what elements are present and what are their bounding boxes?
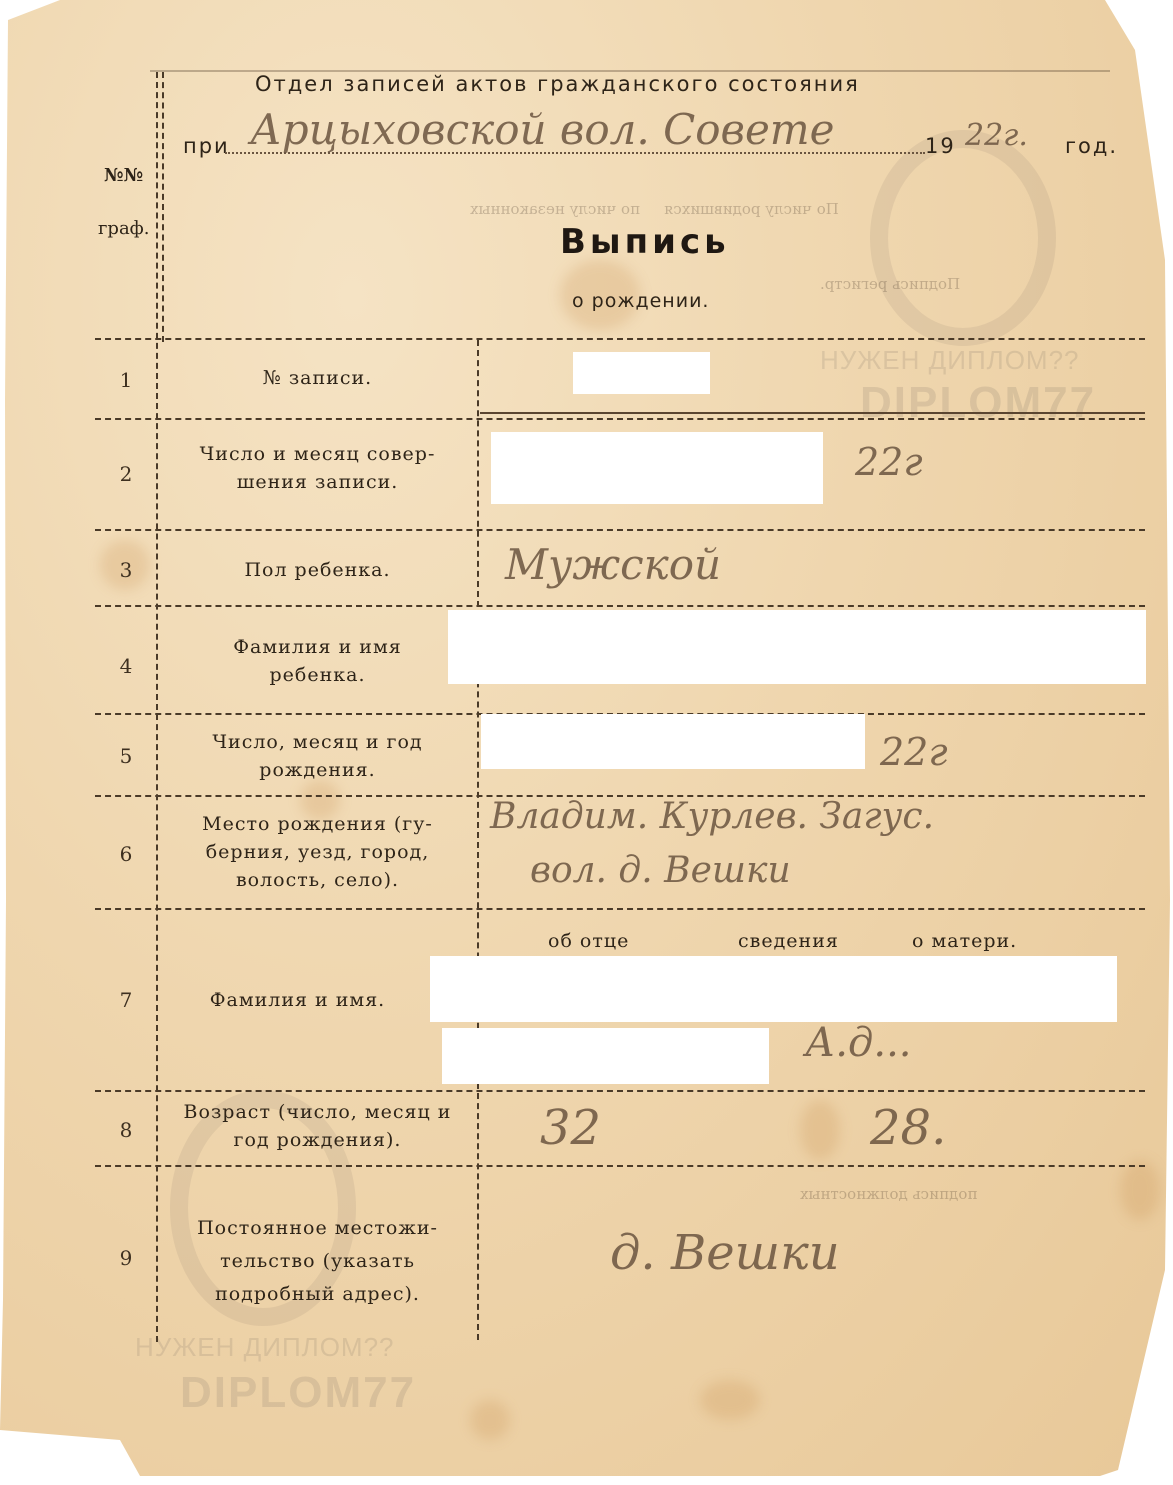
handwritten-residence: д. Вешки bbox=[610, 1225, 840, 1281]
row-divider bbox=[95, 908, 1145, 910]
watermark-logo-icon bbox=[870, 130, 1056, 346]
subheader-info: сведения bbox=[738, 930, 839, 952]
watermark-text: НУЖЕН ДИПЛОМ?? bbox=[135, 1332, 395, 1363]
stain bbox=[470, 1400, 510, 1440]
subheader-mother: о матери. bbox=[912, 930, 1017, 952]
redaction-block bbox=[481, 714, 865, 769]
year-suffix: год. bbox=[1065, 134, 1118, 158]
department-heading: Отдел записей актов гражданского состоян… bbox=[255, 72, 860, 96]
redaction-block bbox=[448, 610, 1146, 684]
bleed-through-text: подпись должностных bbox=[800, 1185, 977, 1203]
row-label-birth-place: Место рождения (гу- берния, уезд, город,… bbox=[165, 810, 470, 894]
document-paper: НУЖЕН ДИПЛОМ?? DIPLOM77 НУЖЕН ДИПЛОМ?? D… bbox=[0, 0, 1173, 1485]
column-divider bbox=[477, 340, 479, 1340]
row-label-child-name: Фамилия и имя ребенка. bbox=[165, 633, 470, 689]
row-number: 5 bbox=[96, 744, 156, 768]
row-number: 7 bbox=[96, 988, 156, 1012]
row-label-residence: Постоянное местожи- тельство (указать по… bbox=[165, 1212, 470, 1311]
row-divider bbox=[95, 605, 1145, 607]
row-number: 6 bbox=[96, 842, 156, 866]
row-divider bbox=[480, 412, 1145, 414]
handwritten-father-age: 32 bbox=[540, 1100, 601, 1156]
column-header-numbers: №№ bbox=[104, 165, 143, 186]
handwritten-birth-place-line2: вол. д. Вешки bbox=[530, 850, 791, 891]
document-subtitle: о рождении. bbox=[572, 290, 709, 312]
row-label-age: Возраст (число, месяц и год рождения). bbox=[165, 1098, 470, 1154]
row-divider bbox=[95, 1090, 1145, 1092]
row-divider bbox=[95, 418, 1145, 420]
row-label-record-date: Число и месяц совер- шения записи. bbox=[165, 440, 470, 496]
row-number: 4 bbox=[96, 654, 156, 678]
row-number: 3 bbox=[96, 558, 156, 582]
row-label-sex: Пол ребенка. bbox=[165, 556, 470, 584]
header-prefix: при bbox=[183, 134, 230, 158]
handwritten-mother-age: 28. bbox=[870, 1100, 946, 1156]
row-label-parent-name: Фамилия и имя. bbox=[165, 986, 430, 1014]
redaction-block bbox=[430, 956, 1117, 1022]
redaction-block bbox=[491, 432, 823, 504]
watermark-brand: DIPLOM77 bbox=[180, 1368, 416, 1418]
handwritten-year: 22г. bbox=[965, 118, 1028, 153]
stain bbox=[700, 1380, 760, 1420]
stain bbox=[800, 1100, 840, 1160]
handwritten-mother-signature: А.д... bbox=[805, 1020, 912, 1066]
row-number: 9 bbox=[96, 1246, 156, 1270]
handwritten-birth-year: 22г bbox=[880, 730, 948, 774]
bleed-through-text: По числу родившихся по числу незаконных bbox=[470, 200, 839, 218]
column-header-graf: граф. bbox=[98, 218, 150, 239]
row-label-birth-date: Число, месяц и год рождения. bbox=[165, 728, 470, 784]
redaction-block bbox=[442, 1028, 769, 1084]
watermark-text: НУЖЕН ДИПЛОМ?? bbox=[820, 345, 1080, 376]
row-label-record-number: № записи. bbox=[165, 364, 470, 392]
row-divider bbox=[95, 1165, 1145, 1167]
bleed-through-text: Подпись регистр. bbox=[820, 275, 960, 293]
row-number: 2 bbox=[96, 462, 156, 486]
row-divider bbox=[95, 338, 1145, 340]
handwritten-birth-place-line1: Владим. Курлев. Загус. bbox=[490, 796, 934, 837]
row-divider bbox=[95, 529, 1145, 531]
handwritten-record-year: 22г bbox=[855, 440, 923, 484]
subheader-father: об отце bbox=[548, 930, 629, 952]
row-number: 8 bbox=[96, 1118, 156, 1142]
row-number: 1 bbox=[96, 368, 156, 392]
column-divider bbox=[162, 72, 164, 342]
document-title: Выпись bbox=[560, 222, 730, 262]
stain bbox=[1120, 1160, 1160, 1220]
redaction-block bbox=[573, 352, 710, 394]
watermark-brand: DIPLOM77 bbox=[860, 378, 1096, 428]
row-divider bbox=[150, 70, 1110, 72]
handwritten-sex: Мужской bbox=[505, 540, 721, 589]
handwritten-authority: Арцыховской вол. Совете bbox=[250, 105, 835, 154]
year-prefix: 19 bbox=[925, 134, 956, 158]
column-divider bbox=[156, 72, 158, 1342]
